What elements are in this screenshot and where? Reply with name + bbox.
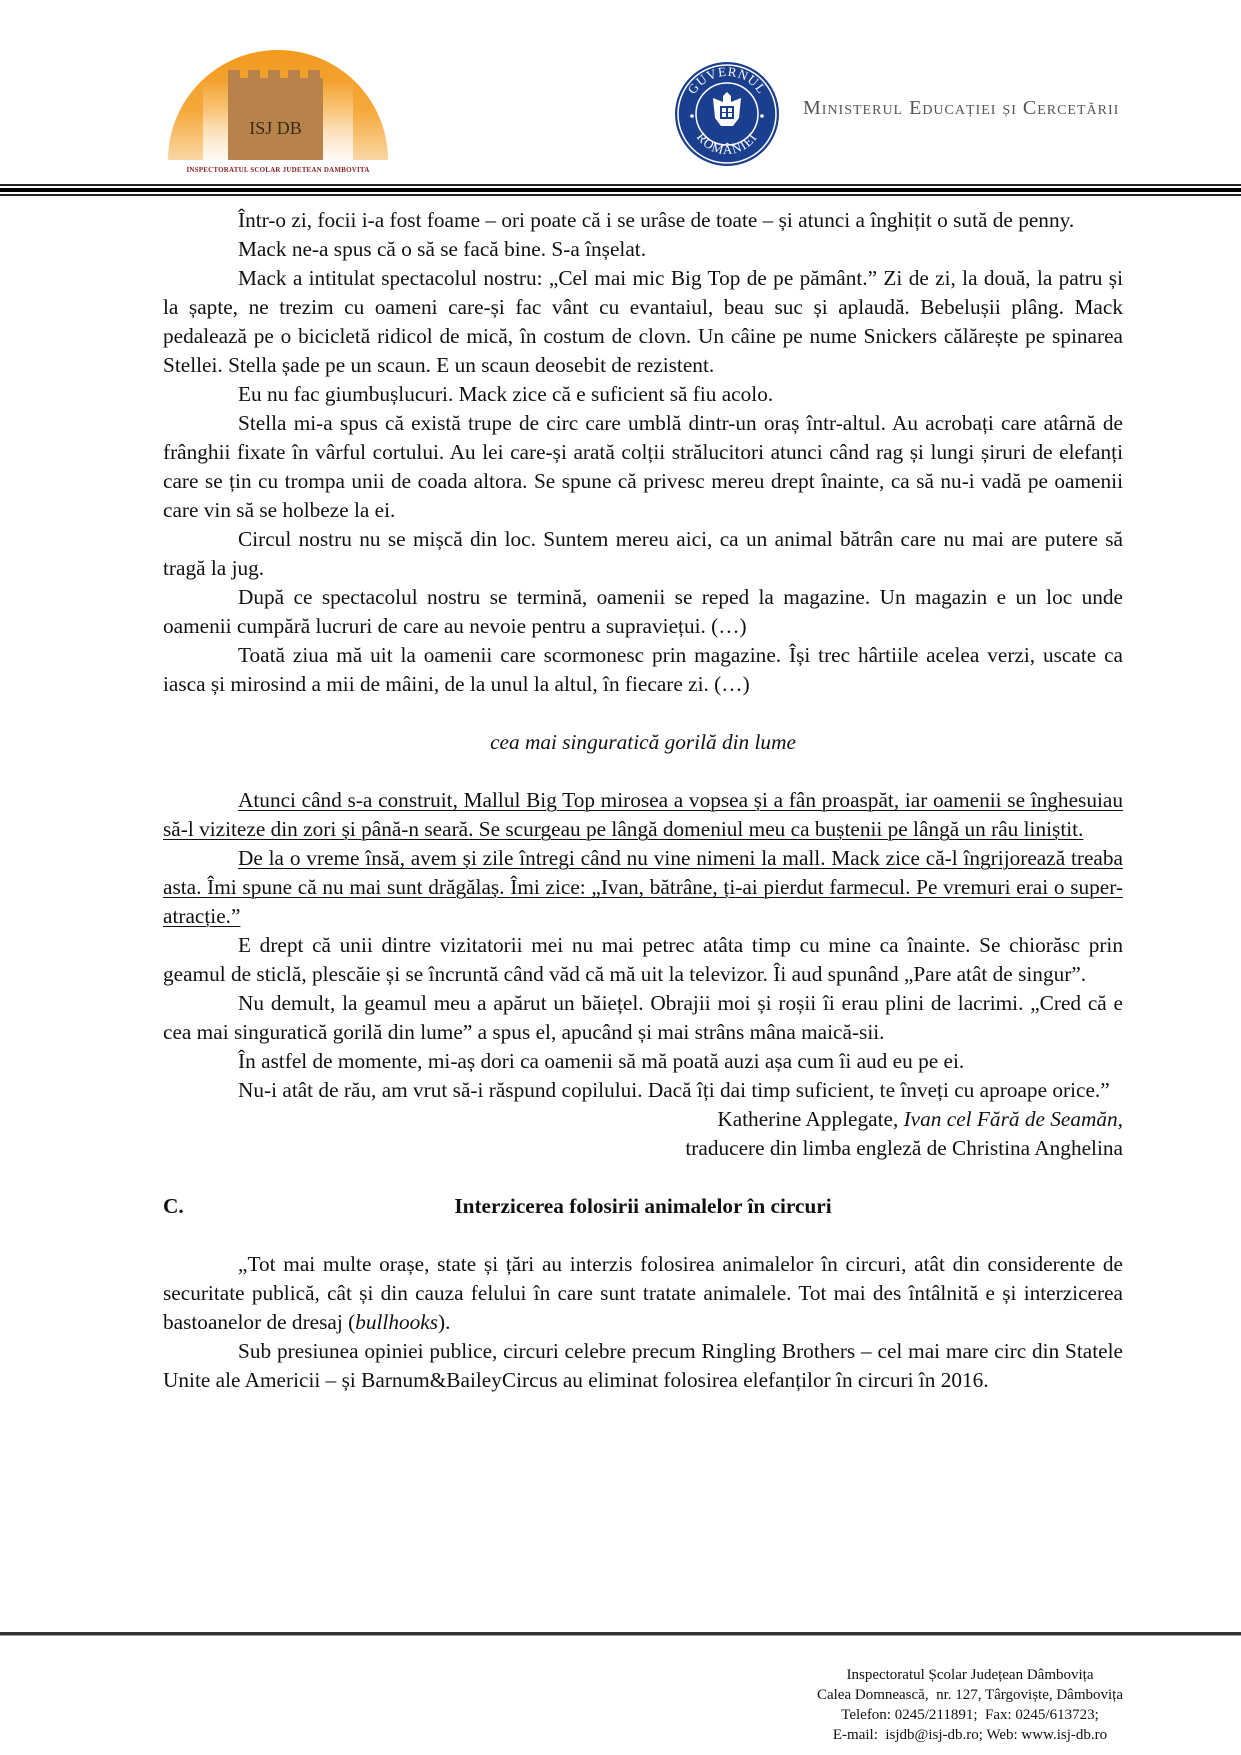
section-heading: C. Interzicerea folosirii animalelor în … [163,1192,1123,1221]
attribution-author: Katherine Applegate, [717,1107,903,1131]
paragraph: Stella mi-a spus că există trupe de circ… [163,409,1123,525]
footer-divider [0,1632,1241,1636]
paragraph-text: „Tot mai multe orașe, state și țări au i… [163,1252,1123,1334]
header-divider [0,184,1241,196]
paragraph: Nu demult, la geamul meu a apărut un băi… [163,989,1123,1047]
paragraph-text: ). [438,1310,450,1334]
logo-sun-dome: ISJ DB [168,50,388,160]
italic-term: bullhooks [355,1310,438,1334]
paragraph: Eu nu fac giumbușlucuri. Mack zice că e … [163,380,1123,409]
logo-initials: ISJ DB [228,118,323,139]
footer-institution: Inspectoratul Școlar Județean Dâmbovița [760,1665,1180,1685]
section-title: Interzicerea folosirii animalelor în cir… [163,1192,1123,1221]
paragraph: În astfel de momente, mi-aș dori ca oame… [163,1047,1123,1076]
paragraph: Toată ziua mă uit la oamenii care scormo… [163,641,1123,699]
paragraph: Sub presiunea opiniei publice, circuri c… [163,1337,1123,1395]
paragraph: E drept că unii dintre vizitatorii mei n… [163,931,1123,989]
underlined-paragraph: De la o vreme însă, avem și zile întregi… [163,844,1123,931]
svg-text:GUVERNUL: GUVERNUL [684,64,769,97]
svg-text:ROMÂNIEI: ROMÂNIEI [694,130,760,158]
paragraph: „Tot mai multe orașe, state și țări au i… [163,1250,1123,1337]
logo-caption: INSPECTORATUL SCOLAR JUDETEAN DAMBOVITA [163,166,393,174]
attribution-source: Katherine Applegate, Ivan cel Fără de Se… [163,1105,1123,1134]
isj-db-logo: ISJ DB INSPECTORATUL SCOLAR JUDETEAN DAM… [163,50,393,178]
attribution-book-title: Ivan cel Fără de Seamăn, [904,1107,1123,1131]
government-seal-icon: GUVERNUL ROMÂNIEI [675,62,779,166]
footer-address: Calea Domnească, nr. 127, Târgoviște, Dâ… [760,1685,1180,1705]
document-body: Într-o zi, focii i-a fost foame – ori po… [163,206,1123,1395]
ministry-name: Ministerul Educației și Cercetării [803,97,1119,120]
page-footer: Inspectoratul Școlar Județean Dâmbovița … [760,1665,1180,1745]
underlined-paragraph: Atunci când s-a construit, Mallul Big To… [163,786,1123,844]
page-header: ISJ DB INSPECTORATUL SCOLAR JUDETEAN DAM… [0,0,1241,200]
paragraph: Într-o zi, focii i-a fost foame – ori po… [163,206,1123,235]
paragraph: Nu-i atât de rău, am vrut să-i răspund c… [163,1076,1123,1105]
footer-phone-fax: Telefon: 0245/211891; Fax: 0245/613723; [760,1705,1180,1725]
paragraph: După ce spectacolul nostru se termină, o… [163,583,1123,641]
paragraph: Mack a intitulat spectacolul nostru: „Ce… [163,264,1123,380]
chapter-subtitle: cea mai singuratică gorilă din lume [163,728,1123,757]
paragraph: Circul nostru nu se mișcă din loc. Sunte… [163,525,1123,583]
footer-email-web: E-mail: isjdb@isj-db.ro; Web: www.isj-db… [760,1725,1180,1745]
paragraph: Mack ne-a spus că o să se facă bine. S-a… [163,235,1123,264]
attribution-translation: traducere din limba engleză de Christina… [163,1134,1123,1163]
